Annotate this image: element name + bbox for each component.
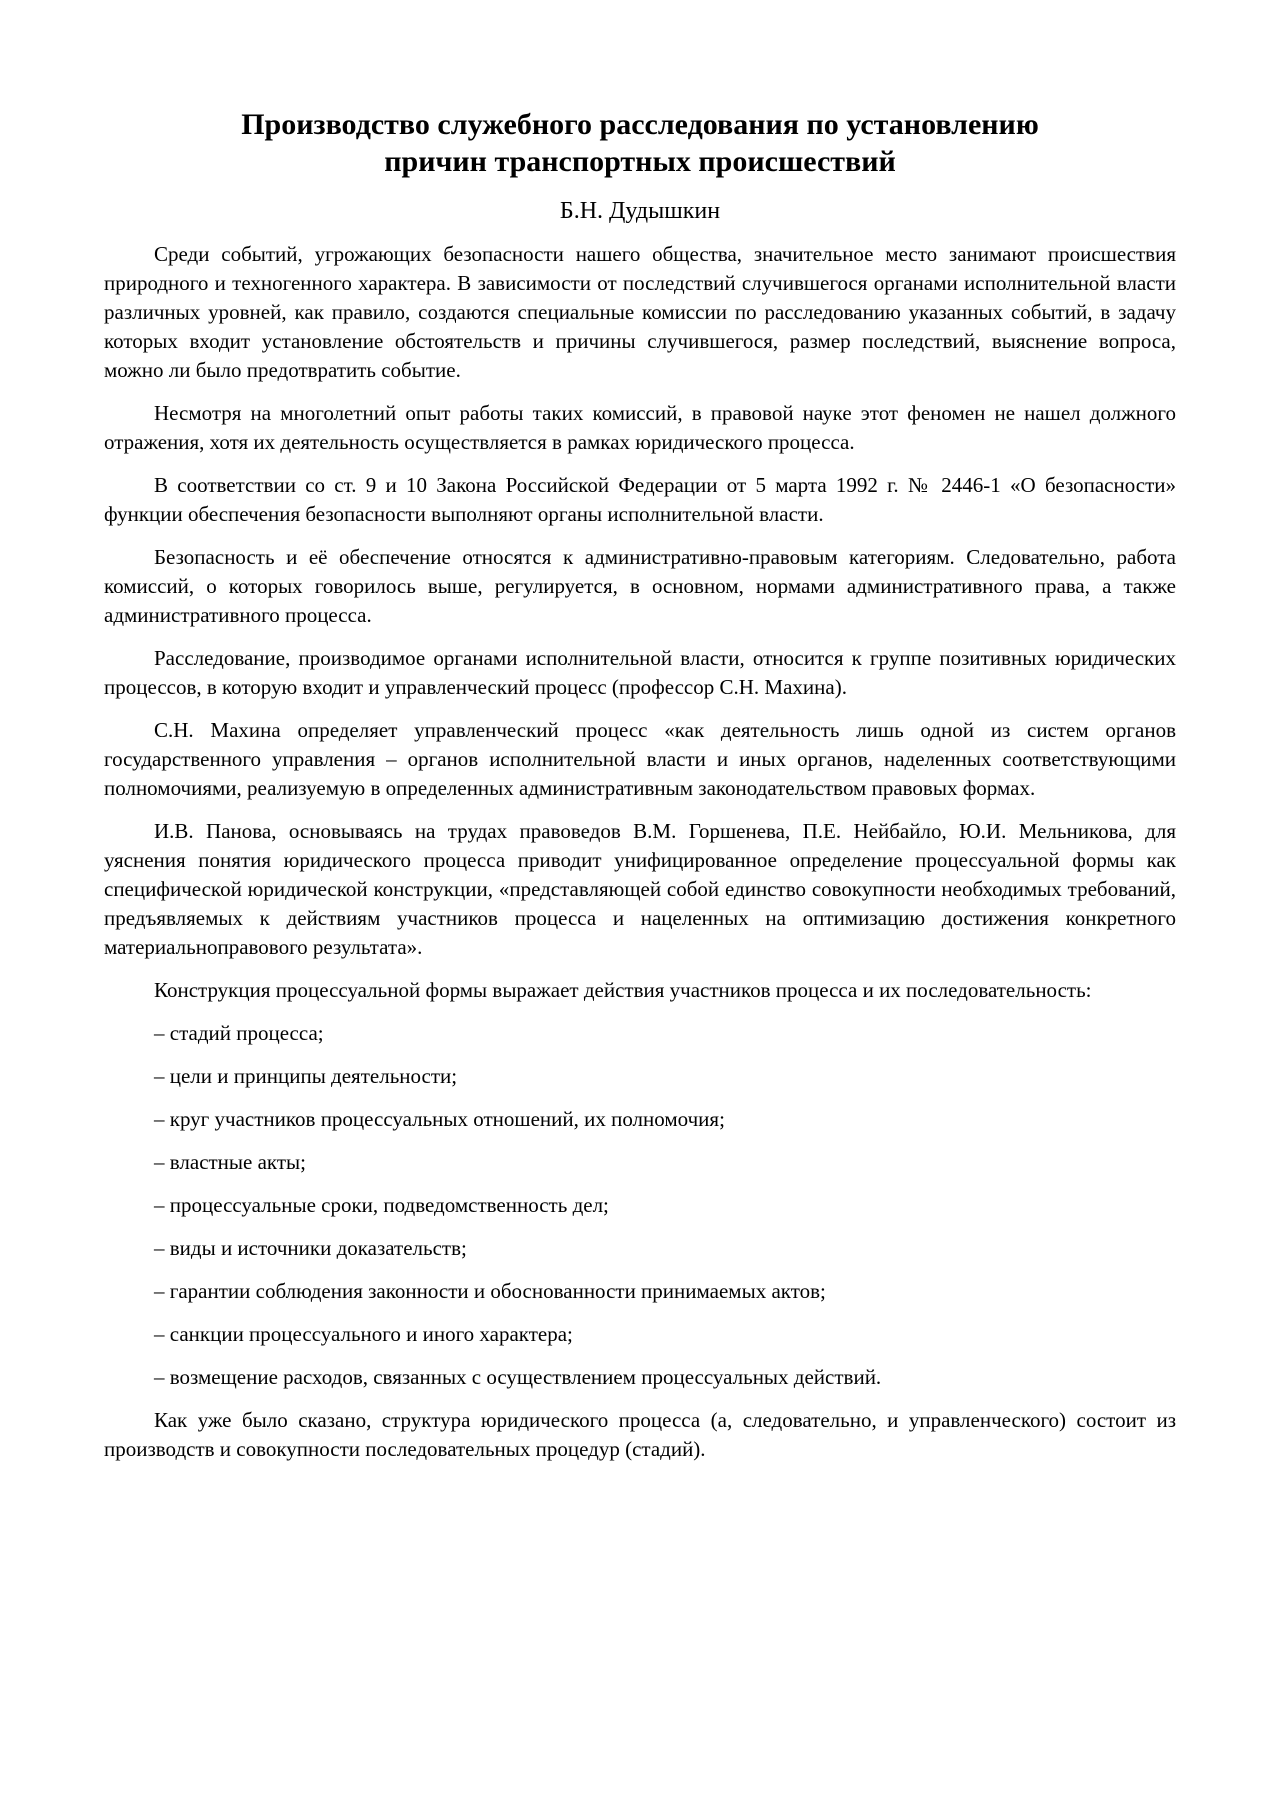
list-item: – санкции процессуального и иного характ… [104,1320,1176,1349]
list-item: – возмещение расходов, связанных с осуще… [104,1363,1176,1392]
list-item: – гарантии соблюдения законности и обосн… [104,1277,1176,1306]
author-name: Б.Н. Дудышкин [104,196,1176,226]
paragraph: Расследование, производимое органами исп… [104,644,1176,702]
document-body: Среди событий, угрожающих безопасности н… [104,240,1176,1464]
list-item: – круг участников процессуальных отношен… [104,1105,1176,1134]
list-item: – властные акты; [104,1148,1176,1177]
document-page: Производство служебного расследования по… [0,0,1280,1811]
list-item: – цели и принципы деятельности; [104,1062,1176,1091]
paragraph: Несмотря на многолетний опыт работы таки… [104,399,1176,457]
paragraph: Конструкция процессуальной формы выражае… [104,976,1176,1005]
document-title-line-1: Производство служебного расследования по… [104,106,1176,143]
paragraph: В соответствии со ст. 9 и 10 Закона Росс… [104,471,1176,529]
paragraph: Среди событий, угрожающих безопасности н… [104,240,1176,385]
list-item: – стадий процесса; [104,1019,1176,1048]
document-title-line-2: причин транспортных происшествий [104,143,1176,180]
paragraph: Безопасность и её обеспечение относятся … [104,543,1176,630]
paragraph: С.Н. Махина определяет управленческий пр… [104,716,1176,803]
list-item: – процессуальные сроки, подведомственнос… [104,1191,1176,1220]
paragraph: И.В. Панова, основываясь на трудах право… [104,817,1176,962]
closing-paragraph: Как уже было сказано, структура юридичес… [104,1406,1176,1464]
document-title: Производство служебного расследования по… [104,106,1176,180]
list-item: – виды и источники доказательств; [104,1234,1176,1263]
